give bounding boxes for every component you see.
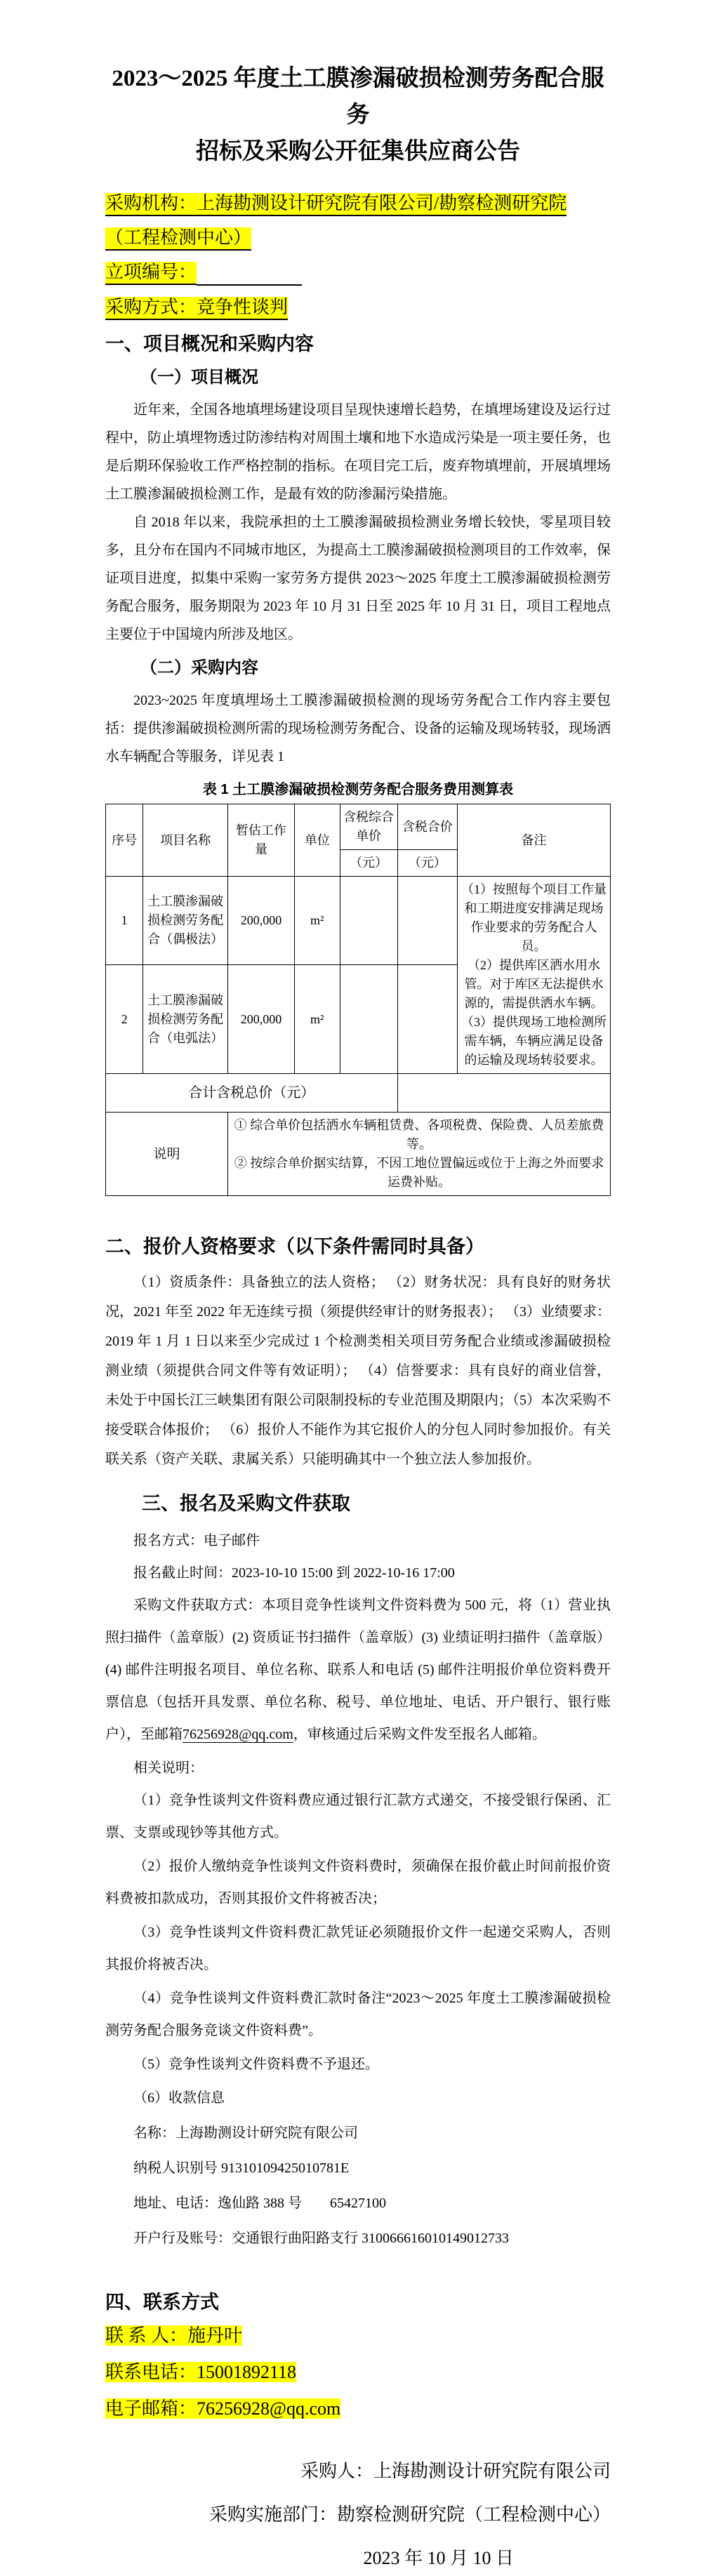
row2-total-price: [397, 965, 458, 1074]
signature-block: 采购人：上海勘测设计研究院有限公司 采购实施部门：勘察检测研究院（工程检测中心）…: [105, 2450, 611, 2576]
payee-name-line: 名称：上海勘测设计研究院有限公司: [105, 2116, 611, 2151]
related-note-6: （6）收款信息: [105, 2082, 611, 2114]
table-row: 1 土工膜渗漏破损检测劳务配合（偶极法） 200,000 m² （1）按照每个项…: [106, 877, 611, 965]
section1-paragraph-3: 2023~2025 年度填埋场土工膜渗漏破损检测的现场劳务配合工作内容主要包括：…: [105, 686, 611, 771]
row2-unit: m²: [294, 965, 340, 1074]
agency-text: 采购机构：上海勘测设计研究院有限公司/勘察检测研究院: [105, 193, 567, 216]
submission-email: 76256928@qq.com: [183, 1727, 293, 1743]
section1-paragraph-1: 近年来，全国各地填埋场建设项目呈现快速增长趋势，在填埋场建设及运行过程中，防止填…: [105, 396, 611, 508]
col-header-total-price: 含税合价: [397, 804, 458, 850]
remark-item-3: （3）提供现场工地检测所需车辆，车辆应满足设备的运输及现场转驳要求。: [461, 1013, 607, 1070]
title-line-2: 招标及采购公开征集供应商公告: [105, 133, 611, 170]
contact-email: 电子邮箱：76256928@qq.com: [105, 2398, 340, 2419]
method-text: 采购方式：竞争性谈判: [105, 297, 288, 320]
title-line-1: 2023～2025 年度土工膜渗漏破损检测劳务配合服务: [105, 60, 611, 133]
row1-total-price: [397, 877, 458, 965]
section4-heading: 四、联系方式: [105, 2288, 611, 2316]
doc-acquisition-text-after: ，审核通过后采购文件发至报名人邮箱。: [293, 1727, 546, 1742]
related-note-5: （5）竞争性谈判文件资料费不予退还。: [105, 2048, 611, 2080]
row1-unit: m²: [294, 877, 340, 965]
col-header-unit: 单位: [294, 804, 340, 877]
section2-paragraph: （1）资质条件：具备独立的法人资格； （2）财务状况：具有良好的财务状况，202…: [105, 1268, 611, 1474]
row1-name: 土工膜渗漏破损检测劳务配合（偶极法）: [143, 877, 228, 965]
cost-estimate-table: 序号 项目名称 暂估工作量 单位 含税综合单价 含税合价 备注 （元） （元） …: [105, 804, 611, 1196]
related-note-1: （1）竞争性谈判文件资料费应通过银行汇款方式递交，不接受银行保函、汇票、支票或现…: [105, 1784, 611, 1849]
project-no-blank: [197, 265, 302, 286]
contact-name: 联 系 人：施丹叶: [105, 2325, 242, 2346]
row2-name: 土工膜渗漏破损检测劳务配合（电弧法）: [143, 965, 228, 1074]
col-header-unit-price-yuan: （元）: [340, 850, 397, 877]
payee-bank-account-line: 开户行及账号：交通银行曲阳路支行 310066616010149012733: [105, 2221, 611, 2256]
remark-cell: （1）按照每个项目工作量和工期进度安排满足现场作业要求的劳务配合人员。 （2）提…: [458, 877, 611, 1074]
section1-sub1-heading: （一）项目概况: [105, 365, 611, 390]
section2-heading: 二、报价人资格要求（以下条件需同时具备）: [105, 1233, 611, 1261]
col-header-no: 序号: [106, 804, 143, 877]
section1-sub2-heading: （二）采购内容: [105, 656, 611, 681]
announcement-document: 2023～2025 年度土工膜渗漏破损检测劳务配合服务 招标及采购公开征集供应商…: [0, 0, 702, 2576]
related-note-3: （3）竞争性谈判文件资料费汇款凭证必须随报价文件一起递交采购人，否则其报价将被否…: [105, 1916, 611, 1981]
notes-label: 说明: [106, 1113, 228, 1196]
remark-item-2: （2）提供库区洒水用水管。对于库区无法提供水源的，需提供洒水车辆。: [461, 956, 607, 1013]
field-agency-line2: （工程检测中心）: [105, 225, 611, 251]
row1-unit-price: [340, 877, 397, 965]
contact-phone: 联系电话：15001892118: [105, 2362, 296, 2382]
row1-no: 1: [106, 877, 143, 965]
related-note-2: （2）报价人缴纳竞争性谈判文件资料费时，须确保在报价截止时间前报价资料费被扣款成…: [105, 1850, 611, 1915]
related-note-4: （4）竞争性谈判文件资料费汇款时备注“2023～2025 年度土工膜渗漏破损检测…: [105, 1982, 611, 2047]
payee-tax-id-line: 纳税人识别号 91310109425010781E: [105, 2151, 611, 2186]
row2-qty: 200,000: [227, 965, 294, 1074]
row2-no: 2: [106, 965, 143, 1074]
agency-text-2: （工程检测中心）: [105, 227, 251, 251]
total-value: [397, 1074, 610, 1113]
doc-acquisition-paragraph: 采购文件获取方式：本项目竞争性谈判文件资料费为 500 元，将（1）营业执照扫描…: [105, 1589, 611, 1751]
col-header-qty: 暂估工作量: [227, 804, 294, 877]
page-title: 2023～2025 年度土工膜渗漏破损检测劳务配合服务 招标及采购公开征集供应商…: [105, 60, 611, 170]
row1-qty: 200,000: [227, 877, 294, 965]
total-label: 合计含税总价（元）: [106, 1074, 398, 1113]
related-notes-title: 相关说明：: [105, 1752, 611, 1784]
field-agency-line1: 采购机构：上海勘测设计研究院有限公司/勘察检测研究院: [105, 191, 611, 216]
project-no-label: 立项编号：: [105, 262, 197, 285]
col-header-remark: 备注: [458, 804, 611, 877]
table-header-row: 序号 项目名称 暂估工作量 单位 含税综合单价 含税合价 备注: [106, 804, 611, 850]
col-header-total-price-yuan: （元）: [397, 850, 458, 877]
section1-heading: 一、项目概况和采购内容: [105, 330, 611, 358]
payee-address-phone-line: 地址、电话：逸仙路 388 号 65427100: [105, 2186, 611, 2221]
contact-phone-line: 联系电话：15001892118: [105, 2360, 611, 2385]
remark-item-1: （1）按照每个项目工作量和工期进度安排满足现场作业要求的劳务配合人员。: [461, 880, 607, 956]
doc-acquisition-text: 采购文件获取方式：本项目竞争性谈判文件资料费为 500 元，将（1）营业执照扫描…: [105, 1598, 611, 1742]
field-method: 采购方式：竞争性谈判: [105, 295, 611, 320]
table-note-1: ① 综合单价包括洒水车辆租赁费、各项税费、保险费、人员差旅费等。: [231, 1116, 607, 1154]
field-project-no: 立项编号：: [105, 260, 611, 286]
table-note-2: ② 按综合单价据实结算，不因工地位置偏远或位于上海之外而要求运费补贴。: [231, 1154, 607, 1192]
section1-paragraph-2: 自 2018 年以来，我院承担的土工膜渗漏破损检测业务增长较快，零星项目较多，且…: [105, 508, 611, 649]
col-header-name: 项目名称: [143, 804, 228, 877]
notes-content: ① 综合单价包括洒水车辆租赁费、各项税费、保险费、人员差旅费等。 ② 按综合单价…: [227, 1113, 610, 1196]
signup-method-line: 报名方式：电子邮件: [105, 1525, 611, 1557]
date-line: 2023 年 10 月 10 日: [105, 2537, 611, 2576]
signup-deadline-line: 报名截止时间：2023-10-10 15:00 到 2022-10-16 17:…: [105, 1557, 611, 1589]
table-notes-row: 说明 ① 综合单价包括洒水车辆租赁费、各项税费、保险费、人员差旅费等。 ② 按综…: [106, 1113, 611, 1196]
department-line: 采购实施部门：勘察检测研究院（工程检测中心）: [105, 2493, 611, 2537]
contact-email-line: 电子邮箱：76256928@qq.com: [105, 2396, 611, 2422]
table-total-row: 合计含税总价（元）: [106, 1074, 611, 1113]
row2-unit-price: [340, 965, 397, 1074]
section3-heading: 三、报名及采购文件获取: [105, 1489, 611, 1518]
table-caption: 表 1 土工膜渗漏破损检测劳务配合服务费用测算表: [105, 778, 611, 798]
col-header-unit-price: 含税综合单价: [340, 804, 397, 850]
purchaser-line: 采购人：上海勘测设计研究院有限公司: [105, 2450, 611, 2493]
contact-name-line: 联 系 人：施丹叶: [105, 2323, 611, 2349]
